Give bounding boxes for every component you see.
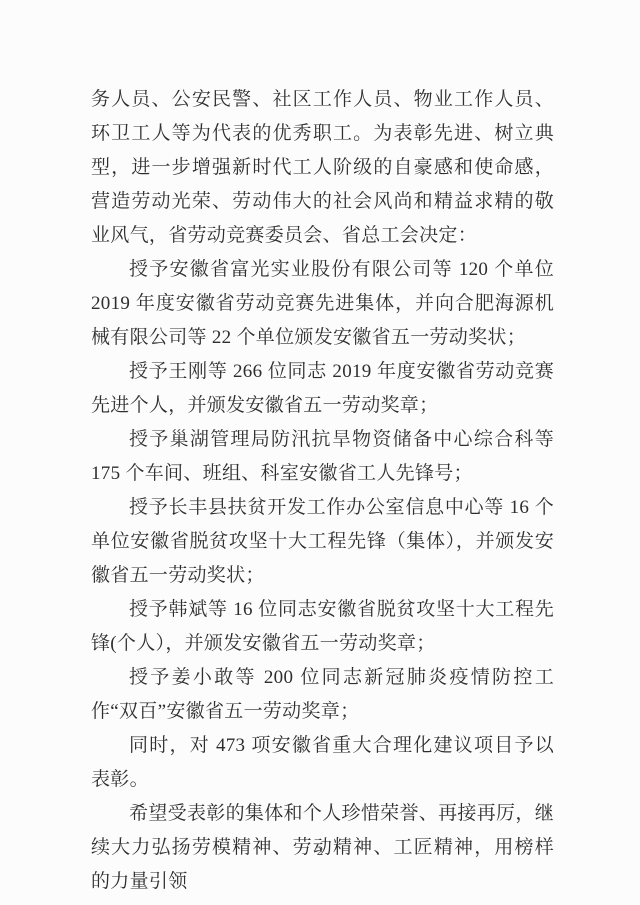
document-page: 务人员、公安民警、社区工作人员、物业工作人员、环卫工人等为代表的优秀职工。为表彰…	[0, 0, 640, 905]
document-body: 务人员、公安民警、社区工作人员、物业工作人员、环卫工人等为代表的优秀职工。为表彰…	[91, 83, 554, 899]
paragraph: 授予长丰县扶贫开发工作办公室信息中心等 16 个单位安徽省脱贫攻坚十大工程先锋（…	[91, 491, 554, 593]
paragraph: 同时，对 473 项安徽省重大合理化建议项目予以表彰。	[91, 729, 554, 797]
page-number: 2	[317, 843, 324, 858]
paragraph: 授予巢湖管理局防汛抗旱物资储备中心综合科等 175 个车间、班组、科室安徽省工人…	[91, 423, 554, 491]
paragraph: 授予安徽省富光实业股份有限公司等 120 个单位 2019 年度安徽省劳动竞赛先…	[91, 253, 554, 355]
paragraph: 授予姜小敢等 200 位同志新冠肺炎疫情防控工作“双百”安徽省五一劳动奖章；	[91, 661, 554, 729]
paragraph: 授予韩斌等 16 位同志安徽省脱贫攻坚十大工程先锋(个人），并颁发安徽省五一劳动…	[91, 593, 554, 661]
paragraph: 务人员、公安民警、社区工作人员、物业工作人员、环卫工人等为代表的优秀职工。为表彰…	[91, 83, 554, 253]
paragraph: 授予王刚等 266 位同志 2019 年度安徽省劳动竞赛先进个人，并颁发安徽省五…	[91, 355, 554, 423]
page-footer: 2	[0, 842, 640, 860]
